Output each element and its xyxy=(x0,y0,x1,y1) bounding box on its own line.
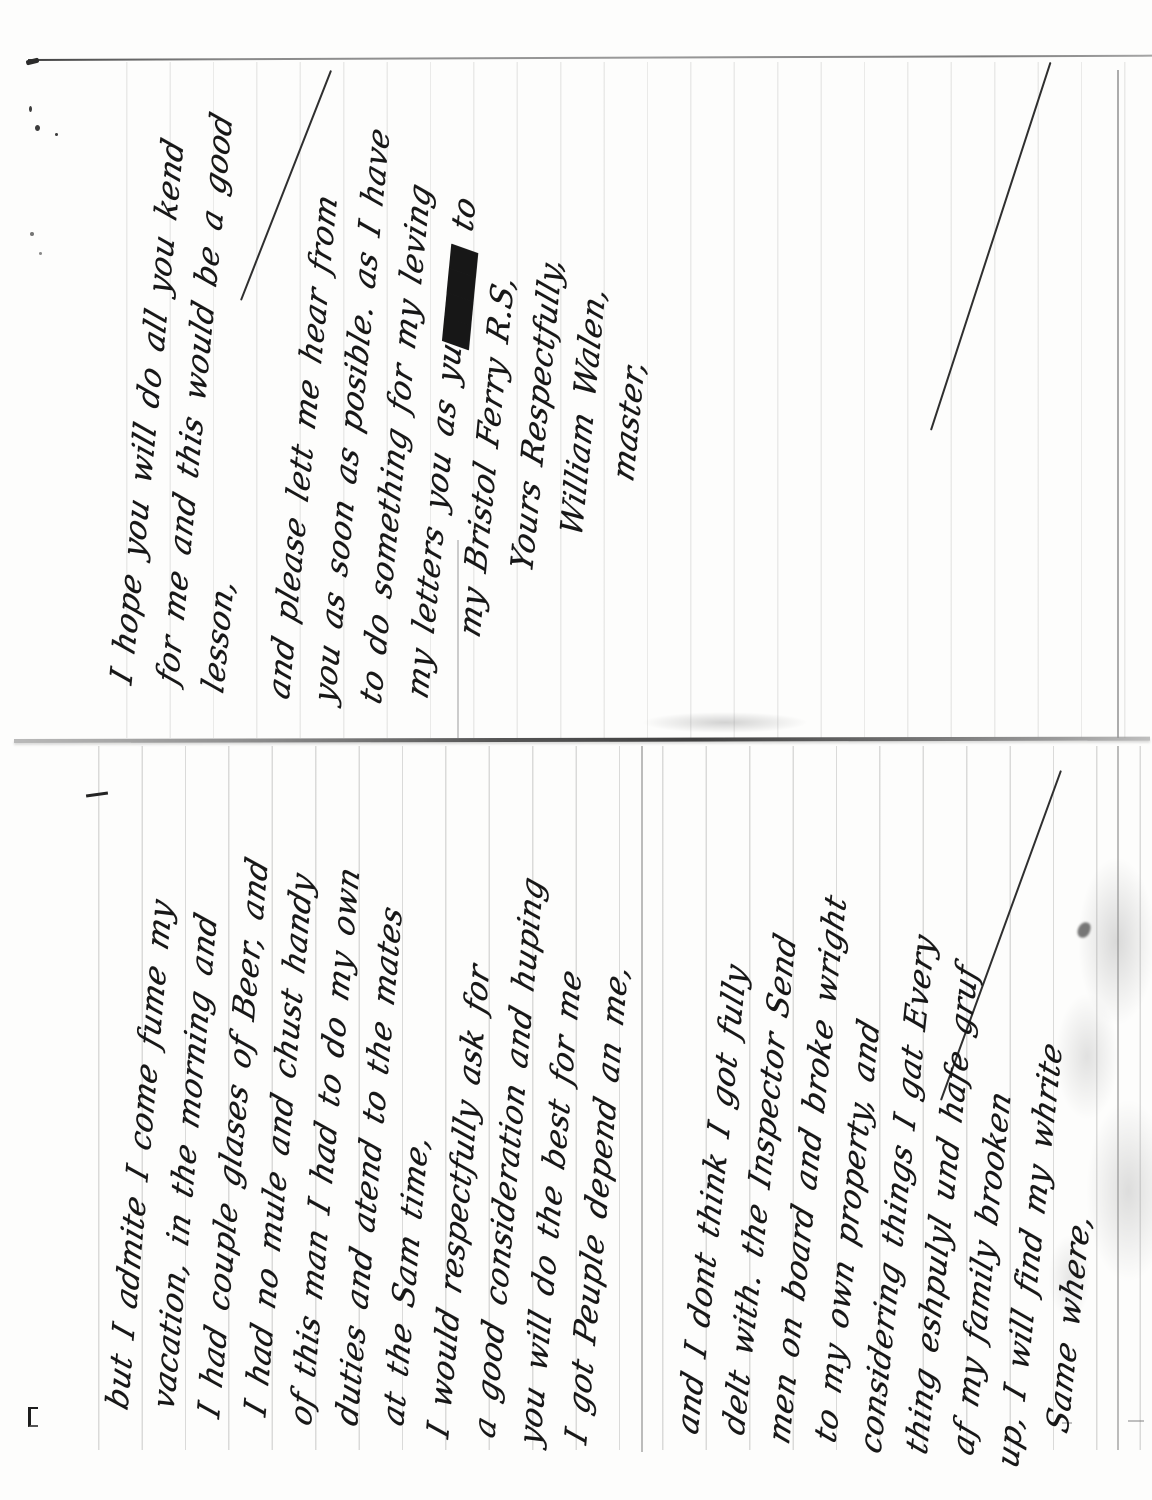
edge-mark xyxy=(28,1407,38,1427)
ink-speck xyxy=(55,133,58,136)
fold-smudge xyxy=(610,706,840,736)
ink-speck xyxy=(35,125,40,131)
top-page-text-block: I hope you will do all you kend for me a… xyxy=(98,89,679,737)
ink-speck xyxy=(30,232,34,236)
ink-speck xyxy=(39,252,42,255)
page-top-edge-line xyxy=(28,55,1152,61)
dark-rule-line xyxy=(1117,70,1119,738)
bottom-page-paragraph-1: but I admite I come fume my vacation, in… xyxy=(94,755,656,1457)
faint-dash xyxy=(1128,1420,1144,1422)
ink-speck xyxy=(29,106,32,112)
bottom-page-paragraph-2: and I dont think I got fully delt with. … xyxy=(664,740,1149,1479)
letter-scan-sheet: I hope you will do all you kend for me a… xyxy=(0,0,1152,1500)
